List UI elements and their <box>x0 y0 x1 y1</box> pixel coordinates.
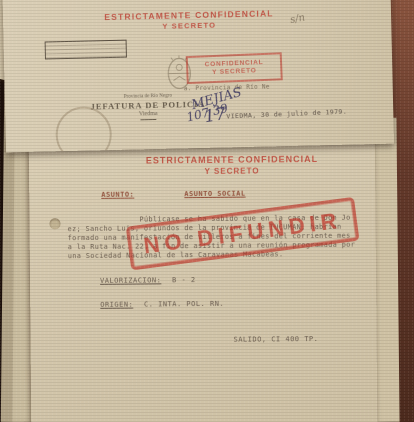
scanned-document-photo: ESTRICTAMENTE CONFIDENCIAL Y SECRETO ASU… <box>0 0 414 422</box>
confidential-box-stamp: CONFIDENCIAL Y SECRETO <box>186 52 283 84</box>
handwriting-large-number: 17 <box>203 104 228 127</box>
main-document-sheet: ESTRICTAMENTE CONFIDENCIAL Y SECRETO ASU… <box>29 124 378 422</box>
date-line: VIEDMA, 30 de julio de 1979. <box>226 108 347 121</box>
secret-stamp-line1: ESTRICTAMENTE CONFIDENCIAL <box>132 154 332 166</box>
dispatch-line: SALIDO, CI 400 TP. <box>234 335 319 344</box>
partial-stamp-box <box>45 40 127 60</box>
letterhead-rule <box>140 119 156 120</box>
valuation-value: B - 2 <box>172 276 196 284</box>
no-difundir-stamp: NO DIFUNDIR <box>126 197 360 271</box>
valuation-label: VALORIZACION: <box>100 276 161 285</box>
letterhead-sheet: ESTRICTAMENTE CONFIDENCIAL Y SECRETO s/n… <box>2 0 394 152</box>
secret-stamp-line2: Y SECRETO <box>132 166 332 177</box>
confidential-box-line2: Y SECRETO <box>212 67 257 77</box>
origin-value: C. INTA. POL. RN. <box>144 300 224 309</box>
subject-label: ASUNTO: <box>101 191 134 199</box>
corner-note-handwriting: s/n <box>289 12 306 26</box>
subject-value: ASUNTO SOCIAL <box>184 190 245 199</box>
punch-hole <box>49 218 60 229</box>
origin-label: ORIGEN: <box>100 301 133 309</box>
